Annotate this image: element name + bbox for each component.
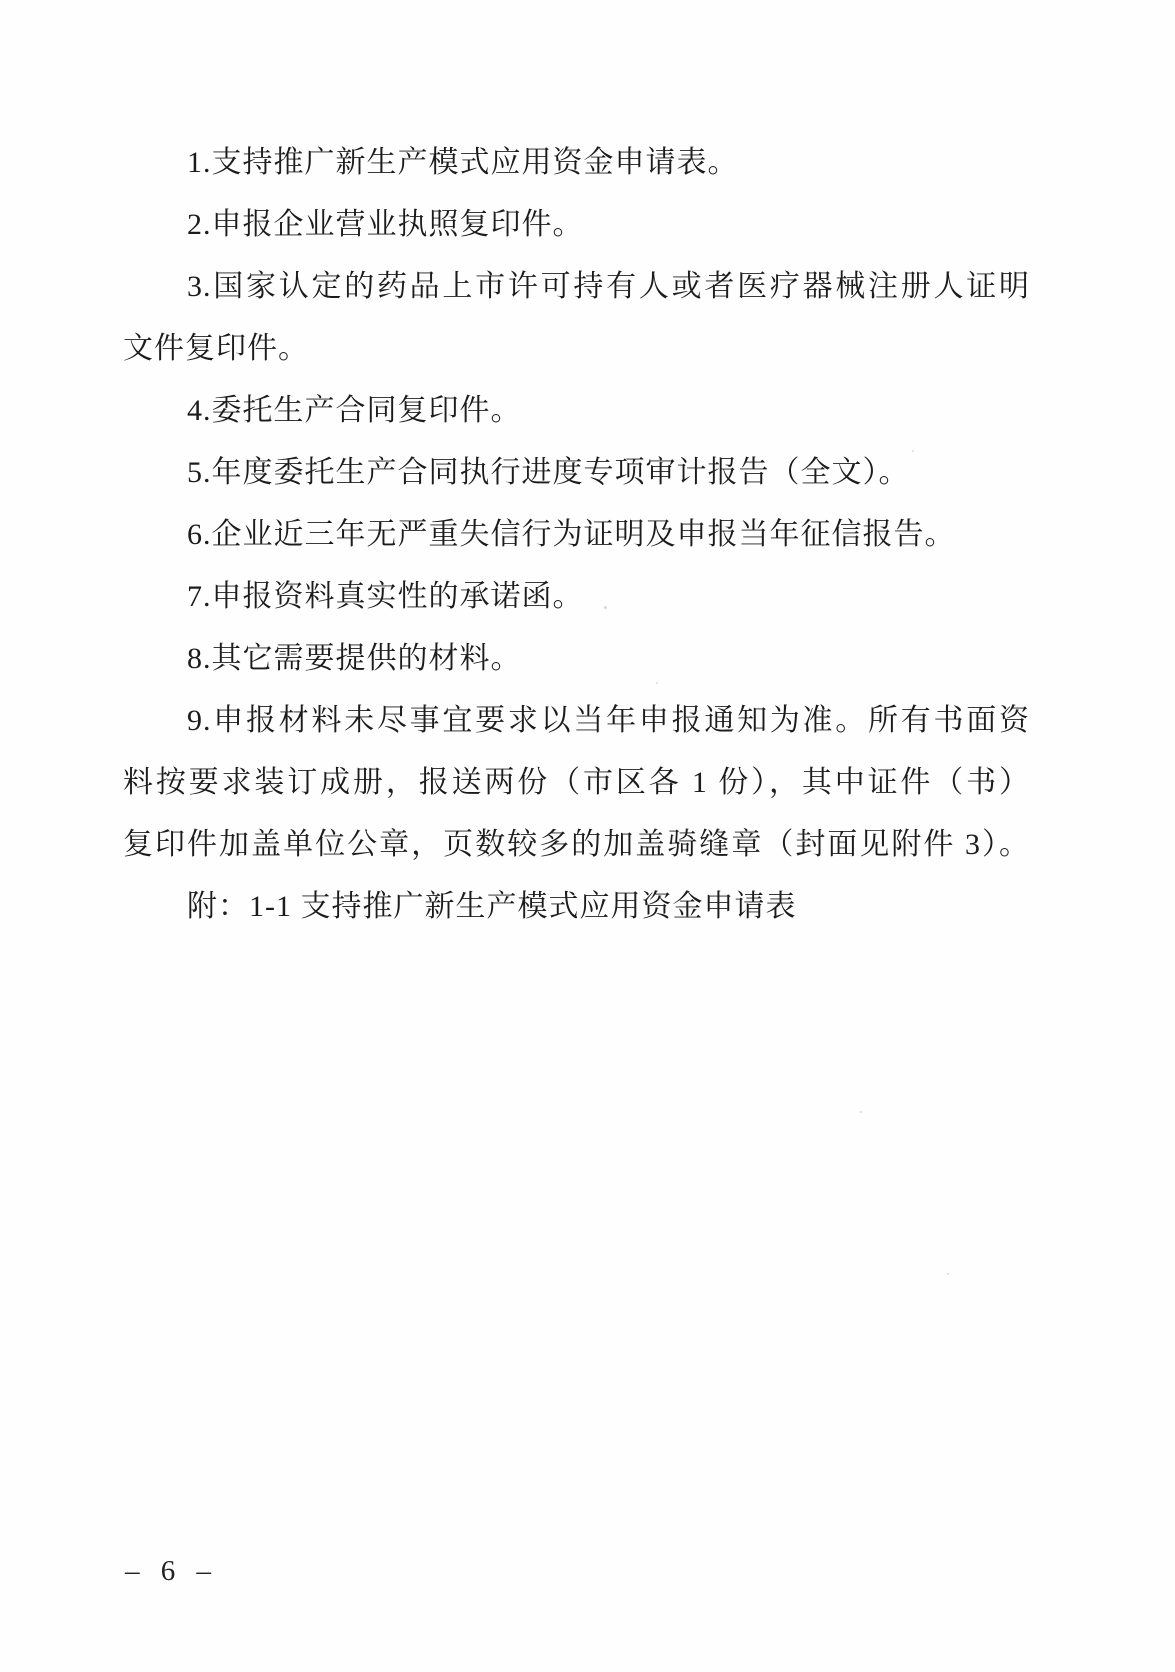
list-item-2: 2.申报企业营业执照复印件。	[123, 194, 1030, 256]
list-item-5: 5.年度委托生产合同执行进度专项审计报告（全文）。	[123, 442, 1030, 504]
document-body: 1.支持推广新生产模式应用资金申请表。 2.申报企业营业执照复印件。 3.国家认…	[123, 132, 1030, 938]
scan-speck	[656, 682, 658, 684]
list-item-9-continuation-2: 复印件加盖单位公章，页数较多的加盖骑缝章（封面见附件 3）。	[123, 814, 1030, 876]
scan-speck	[604, 606, 607, 609]
scan-speck	[860, 1111, 862, 1113]
list-item-7: 7.申报资料真实性的承诺函。	[123, 566, 1030, 628]
list-item-3: 3.国家认定的药品上市许可持有人或者医疗器械注册人证明	[123, 256, 1030, 318]
list-item-9-continuation-1: 料按要求装订成册，报送两份（市区各 1 份），其中证件（书）	[123, 752, 1030, 814]
scanned-document-page: 1.支持推广新生产模式应用资金申请表。 2.申报企业营业执照复印件。 3.国家认…	[0, 0, 1175, 1672]
list-item-9: 9.申报材料未尽事宜要求以当年申报通知为准。所有书面资	[123, 690, 1030, 752]
page-number: – 6 –	[125, 1552, 218, 1590]
list-item-1: 1.支持推广新生产模式应用资金申请表。	[123, 132, 1030, 194]
list-item-3-continuation: 文件复印件。	[123, 318, 1030, 380]
list-item-6: 6.企业近三年无严重失信行为证明及申报当年征信报告。	[123, 504, 1030, 566]
list-item-4: 4.委托生产合同复印件。	[123, 380, 1030, 442]
scan-speck	[947, 1273, 949, 1275]
scan-speck	[912, 450, 914, 452]
attachment-note: 附：1-1 支持推广新生产模式应用资金申请表	[123, 876, 1030, 938]
list-item-8: 8.其它需要提供的材料。	[123, 628, 1030, 690]
